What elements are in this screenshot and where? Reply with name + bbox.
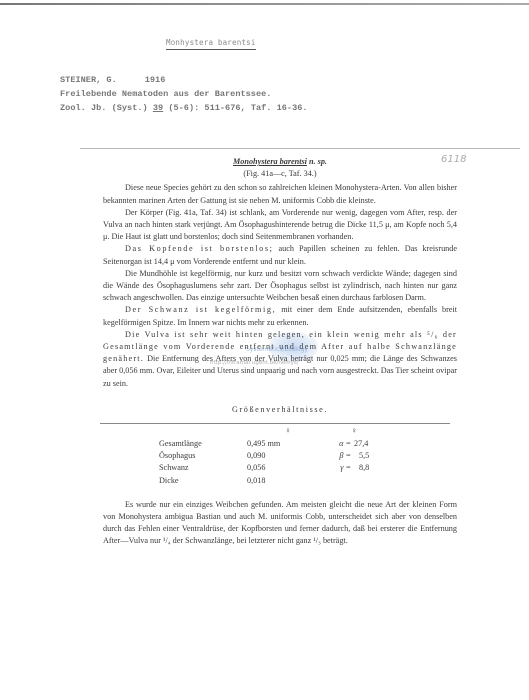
paragraph-1: Diese neue Species gehört zu den schon s… (103, 182, 457, 206)
table-title: Größenverhältnisse. (103, 404, 457, 416)
species-heading: Monohystera barentsi n. sp. 6118 (103, 156, 457, 168)
bibliographic-reference: STEINER, G. 1916 Freilebende Nematoden a… (60, 73, 308, 115)
card-title: Monhystera barentsi (166, 38, 256, 50)
paragraph-2: Der Körper (Fig. 41a, Taf. 34) ist schla… (103, 207, 457, 244)
divider (80, 148, 520, 149)
female-symbol: ♀ (351, 424, 399, 438)
measurements-table: ♀ ♀ Gesamtlänge 0,495 mm α = 27,4 Ösopha… (159, 424, 399, 487)
figure-reference: (Fig. 41a—c, Taf. 34.) (103, 168, 457, 180)
handwritten-number: 6118 (441, 154, 466, 166)
year: 1916 (145, 73, 166, 87)
female-symbol: ♀ (247, 424, 329, 438)
watermark-url: http://intramar.ugent.be/nemys/ (210, 360, 299, 366)
scan-edge-line (0, 3, 529, 5)
table-row: Dicke 0,018 (159, 475, 399, 487)
fold-line (100, 423, 450, 424)
paragraph-5: Der Schwanz ist kegelförmig, mit einer d… (103, 304, 457, 328)
table-row: Gesamtlänge 0,495 mm α = 27,4 (159, 438, 399, 450)
paragraph-3: Das Kopfende ist borstenlos; auch Papill… (103, 243, 457, 267)
paragraph-7: Es wurde nur ein einziges Weibchen gefun… (103, 499, 457, 548)
watermark-text: Systematics/Ecology (246, 346, 308, 353)
table-row: Schwanz 0,056 γ = 8,8 (159, 462, 399, 474)
species-name: Monohystera barentsi (233, 157, 307, 166)
author: STEINER, G. (60, 73, 117, 87)
paragraph-4: Die Mundhöhle ist kegelförmig, nur kurz … (103, 268, 457, 305)
work-title: Freilebende Nematoden aus der Barentssee… (60, 87, 308, 101)
table-row: Ösophagus 0,090 β = 5,5 (159, 450, 399, 462)
volume: 39 (153, 103, 163, 113)
journal-citation: Zool. Jb. (Syst.) 39 (5-6): 511-676, Taf… (60, 101, 308, 115)
